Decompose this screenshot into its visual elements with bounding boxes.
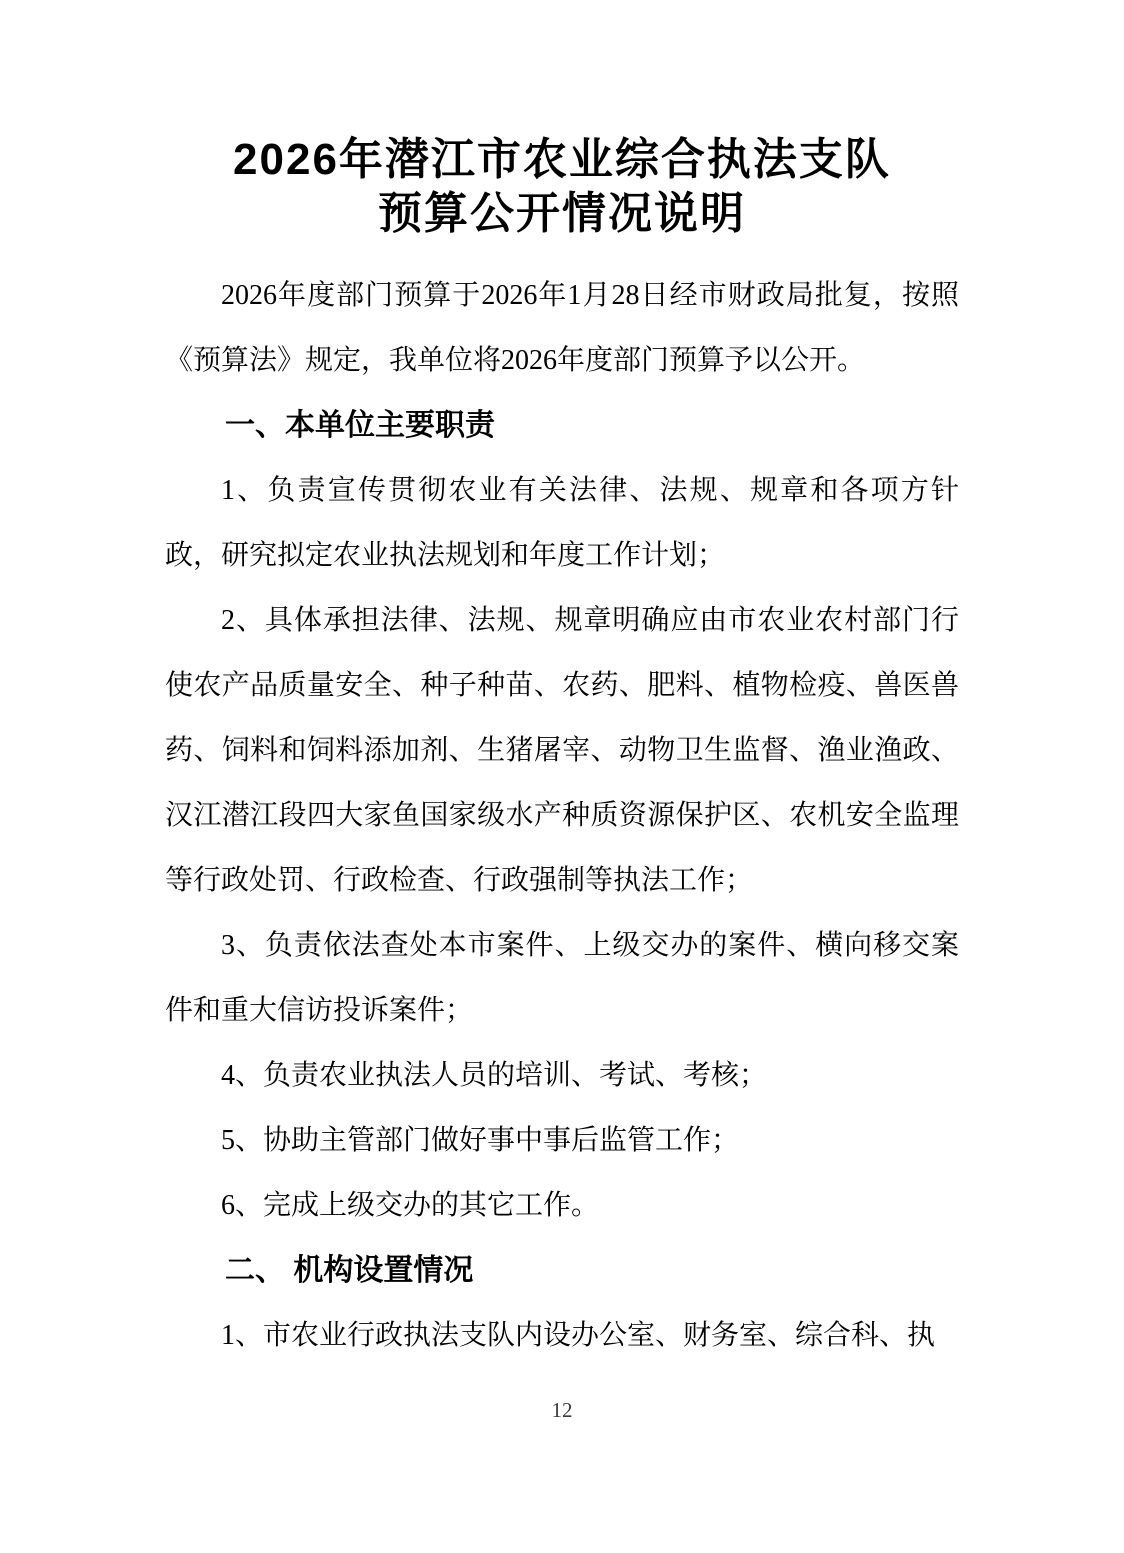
section-1-item-1: 1、负责宣传贯彻农业有关法律、法规、规章和各项方针政，研究拟定农业执法规划和年度… [165, 458, 959, 588]
document-title: 2026年潜江市农业综合执法支队 预算公开情况说明 [165, 133, 959, 241]
section-1-item-4: 4、负责农业执法人员的培训、考试、考核； [165, 1043, 959, 1108]
section-2-heading: 二、 机构设置情况 [165, 1238, 959, 1303]
page-number: 12 [552, 1398, 573, 1422]
document-body: 2026年度部门预算于2026年1月28日经市财政局批复，按照《预算法》规定，我… [165, 263, 959, 1368]
document-page: 2026年潜江市农业综合执法支队 预算公开情况说明 2026年度部门预算于202… [0, 0, 1124, 1553]
section-1-item-3: 3、负责依法查处本市案件、上级交办的案件、横向移交案件和重大信访投诉案件； [165, 913, 959, 1043]
section-1-item-2: 2、具体承担法律、法规、规章明确应由市农业农村部门行使农产品质量安全、种子种苗、… [165, 588, 959, 913]
section-1-item-6: 6、完成上级交办的其它工作。 [165, 1173, 959, 1238]
section-1-heading: 一、本单位主要职责 [165, 393, 959, 458]
section-1-item-5: 5、协助主管部门做好事中事后监管工作； [165, 1108, 959, 1173]
title-line-1: 2026年潜江市农业综合执法支队 [165, 133, 959, 187]
intro-paragraph: 2026年度部门预算于2026年1月28日经市财政局批复，按照《预算法》规定，我… [165, 263, 959, 393]
document-content: 2026年潜江市农业综合执法支队 预算公开情况说明 2026年度部门预算于202… [165, 133, 959, 1368]
page-footer: 12 [0, 1398, 1124, 1423]
section-2-item-1: 1、市农业行政执法支队内设办公室、财务室、综合科、执 [165, 1303, 959, 1368]
title-line-2: 预算公开情况说明 [165, 187, 959, 241]
